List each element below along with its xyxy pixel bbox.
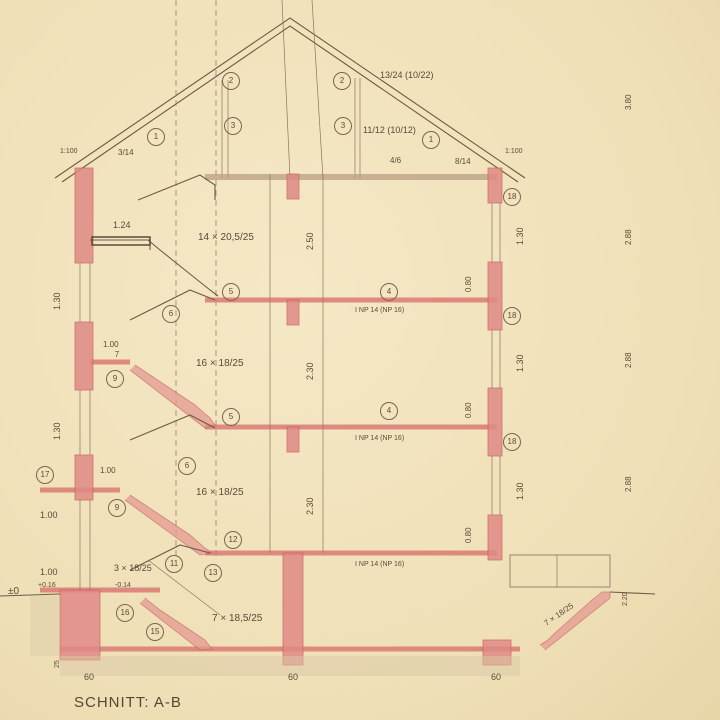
position-marker: 6 xyxy=(162,305,180,323)
position-marker: 13 xyxy=(204,564,222,582)
position-marker: 2 xyxy=(222,72,240,90)
position-marker: 3 xyxy=(224,117,242,135)
beam-label-3: I NP 14 (NP 16) xyxy=(355,307,404,314)
left-dim-4: 1.00 xyxy=(40,567,58,577)
stair-label-entry: 3 × 18/25 xyxy=(114,563,152,573)
far-right-dim-3: 2.88 xyxy=(624,352,633,368)
room-height-2: 2.30 xyxy=(305,362,315,380)
landing-label: 1.24 xyxy=(113,220,131,230)
room-height-1: 2.30 xyxy=(305,497,315,515)
ground-zero-mark: ±0 xyxy=(8,586,19,597)
position-marker: 12 xyxy=(224,531,242,549)
parapet-dim-3: 0.80 xyxy=(464,527,473,543)
eave-right-label: 1:100 xyxy=(505,148,523,155)
position-marker: 18 xyxy=(503,307,521,325)
position-marker: 16 xyxy=(116,604,134,622)
stair-label-second: 16 × 18/25 xyxy=(196,358,244,369)
entry-level-mark: -0.14 xyxy=(115,582,131,589)
stair-label-first: 16 × 18/25 xyxy=(196,487,244,498)
position-marker: 9 xyxy=(106,370,124,388)
landing-dim-2: 1.00 xyxy=(100,466,116,475)
position-marker: 17 xyxy=(36,466,54,484)
parapet-dim-2: 0.80 xyxy=(464,402,473,418)
position-marker: 5 xyxy=(222,408,240,426)
position-marker: 4 xyxy=(380,283,398,301)
position-marker: 9 xyxy=(108,499,126,517)
position-marker: 15 xyxy=(146,623,164,641)
drawing-sheet: 13/24 (10/22) 11/12 (10/12) 1:100 1:100 … xyxy=(0,0,720,720)
exterior-stair xyxy=(510,555,655,650)
ridge-mark: 4/6 xyxy=(390,156,401,165)
position-marker: 3 xyxy=(334,117,352,135)
left-dim-3: 1.00 xyxy=(40,510,58,520)
left-dim-2: 1.30 xyxy=(52,422,62,440)
rafter-label: 13/24 (10/22) xyxy=(380,70,434,80)
eave-slope-left: 3/14 xyxy=(118,148,134,157)
foundation-width-right: 60 xyxy=(491,672,501,682)
far-right-dim-1: 3.80 xyxy=(624,94,633,110)
position-marker: 6 xyxy=(178,457,196,475)
position-marker: 5 xyxy=(222,283,240,301)
foundation-width-left: 60 xyxy=(84,672,94,682)
ground-level-mark: +0.16 xyxy=(38,582,56,589)
stair-label-upper: 14 × 20,5/25 xyxy=(198,232,254,243)
far-right-dim-2: 2.88 xyxy=(624,229,633,245)
post-label: 11/12 (10/12) xyxy=(363,125,416,135)
position-marker: 18 xyxy=(503,188,521,206)
beam-label-2: I NP 14 (NP 16) xyxy=(355,435,404,442)
beam-label-1: I NP 14 (NP 16) xyxy=(355,561,404,568)
position-marker: 18 xyxy=(503,433,521,451)
foundation-width-center: 60 xyxy=(288,672,298,682)
right-dim-2: 1.30 xyxy=(515,354,525,372)
left-dim-1: 1.30 xyxy=(52,292,62,310)
right-dim-1: 1.30 xyxy=(515,227,525,245)
eave-left-label: 1:100 xyxy=(60,148,78,155)
position-marker: 1 xyxy=(147,128,165,146)
position-marker: 4 xyxy=(380,402,398,420)
eave-slope-right: 8/14 xyxy=(455,157,471,166)
footing-height: 25 xyxy=(54,660,61,668)
section-drawing xyxy=(0,0,720,720)
position-marker: 2 xyxy=(333,72,351,90)
room-height-3: 2.50 xyxy=(305,232,315,250)
parapet-dim-1: 0.80 xyxy=(464,276,473,292)
section-title: SCHNITT: A-B xyxy=(74,694,182,711)
roof xyxy=(55,0,525,560)
right-dim-3: 1.30 xyxy=(515,482,525,500)
stair-label-basement: 7 × 18,5/25 xyxy=(212,613,262,624)
position-marker: 11 xyxy=(165,555,183,573)
far-right-dim-4: 2.88 xyxy=(624,476,633,492)
exterior-depth-mark: 2.20 xyxy=(622,592,629,606)
position-marker: 7 xyxy=(109,347,125,363)
staircase xyxy=(90,175,220,650)
position-marker: 1 xyxy=(422,131,440,149)
